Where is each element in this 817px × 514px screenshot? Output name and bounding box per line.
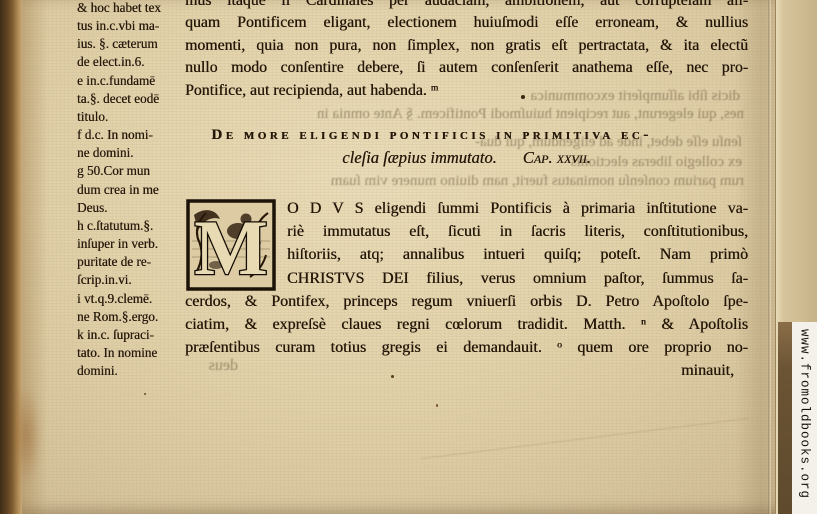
margin-note-line: dum crea in me xyxy=(77,181,189,199)
page-edge-gap xyxy=(778,322,792,514)
margin-note-line: puritate de re- xyxy=(77,253,189,271)
ghost-bleedthrough-line: rum parium conſenſu nominatus fuerit, na… xyxy=(192,173,744,191)
margin-note-line: f d.c. In nomi- xyxy=(77,126,189,144)
body-paragraph: M O D V S eligendi ſummi Pontificis à pr… xyxy=(185,197,748,383)
margin-note-line: titulo. xyxy=(77,108,189,126)
margin-note-line: h c.ſtatutum.§. xyxy=(77,217,189,235)
ghost-bleedthrough-line: nes, qui elegerunt, aut recipient huiuſm… xyxy=(196,106,744,124)
text-line: nullo modo conſentire debere, ſi autem c… xyxy=(185,57,748,79)
margin-note-line: Deus. xyxy=(77,199,189,217)
margin-note-line: e in.c.fundamē xyxy=(77,72,189,90)
text-line: Pontifice, aut recipienda, aut habenda. … xyxy=(185,80,748,102)
ink-speck xyxy=(436,404,438,407)
margin-note-line: ius. §. cæterum xyxy=(77,35,189,53)
margin-note-line: & hoc habet tex xyxy=(77,0,189,17)
text-line: præſentibus curam totius gregis ei deman… xyxy=(185,336,748,359)
text-line: ciatim, & expreſsè claues regni cœlorum … xyxy=(185,313,748,336)
margin-note-line: g 50.Cor mun xyxy=(77,162,189,180)
paper-fold-line xyxy=(421,418,749,459)
chapter-heading-line-2: cleſia ſæpius immutato.Cap. xxvii. xyxy=(185,148,748,168)
chapter-heading: De more eligendi pontificis in primitiva… xyxy=(185,127,748,168)
watermark-strip: www.fromoldbooks.org xyxy=(792,322,817,514)
marginalia-column: & hoc habet tex tus in.c.vbi ma- ius. §.… xyxy=(77,0,189,380)
catchword: minauit, xyxy=(185,359,748,382)
text-line: momenti, quia non pura, non ſimplex, non… xyxy=(185,35,748,57)
margin-note-line: tato. In nomine xyxy=(77,344,189,362)
ink-speck xyxy=(144,393,146,395)
margin-note-line: k in.c. ſupraci- xyxy=(77,326,189,344)
stain xyxy=(16,385,42,485)
margin-note-line: i vt.q.9.clemē. xyxy=(77,290,189,308)
ink-speck xyxy=(521,95,525,99)
text-line: quam Pontificem eligant, electionem huiu… xyxy=(185,12,748,34)
margin-note-line: tus in.c.vbi ma- xyxy=(77,17,189,35)
ink-speck xyxy=(391,375,394,378)
margin-note-line: ne domini. xyxy=(77,144,189,162)
chapter-heading-italic: cleſia ſæpius immutato. xyxy=(342,148,496,167)
margin-note-line: de elect.in.6. xyxy=(77,53,189,71)
watermark-text: www.fromoldbooks.org xyxy=(798,322,812,514)
book-page-scan: www.fromoldbooks.org dicis ſibi aſſumpſe… xyxy=(0,0,817,514)
text-line: mus itaque ſi Cardinales per audaciam, a… xyxy=(185,0,748,12)
svg-text:M: M xyxy=(194,204,268,291)
margin-note-line: inſuper in verb. xyxy=(77,235,189,253)
drop-cap-initial-m: M xyxy=(186,199,276,291)
margin-note-line: ne Rom.§.ergo. xyxy=(77,308,189,326)
margin-note-line: domini. xyxy=(77,362,189,380)
chapter-number: Cap. xxvii. xyxy=(523,148,591,167)
intro-paragraph: mus itaque ſi Cardinales per audaciam, a… xyxy=(185,0,748,102)
page-crease xyxy=(768,0,771,514)
margin-note-line: ta.§. decet eodē xyxy=(77,90,189,108)
text-line: cerdos, & Pontifex, princeps regum vniue… xyxy=(185,290,748,313)
margin-note-line: ſcrip.in.vi. xyxy=(77,271,189,289)
chapter-heading-line-1: De more eligendi pontificis in primitiva… xyxy=(185,127,748,144)
